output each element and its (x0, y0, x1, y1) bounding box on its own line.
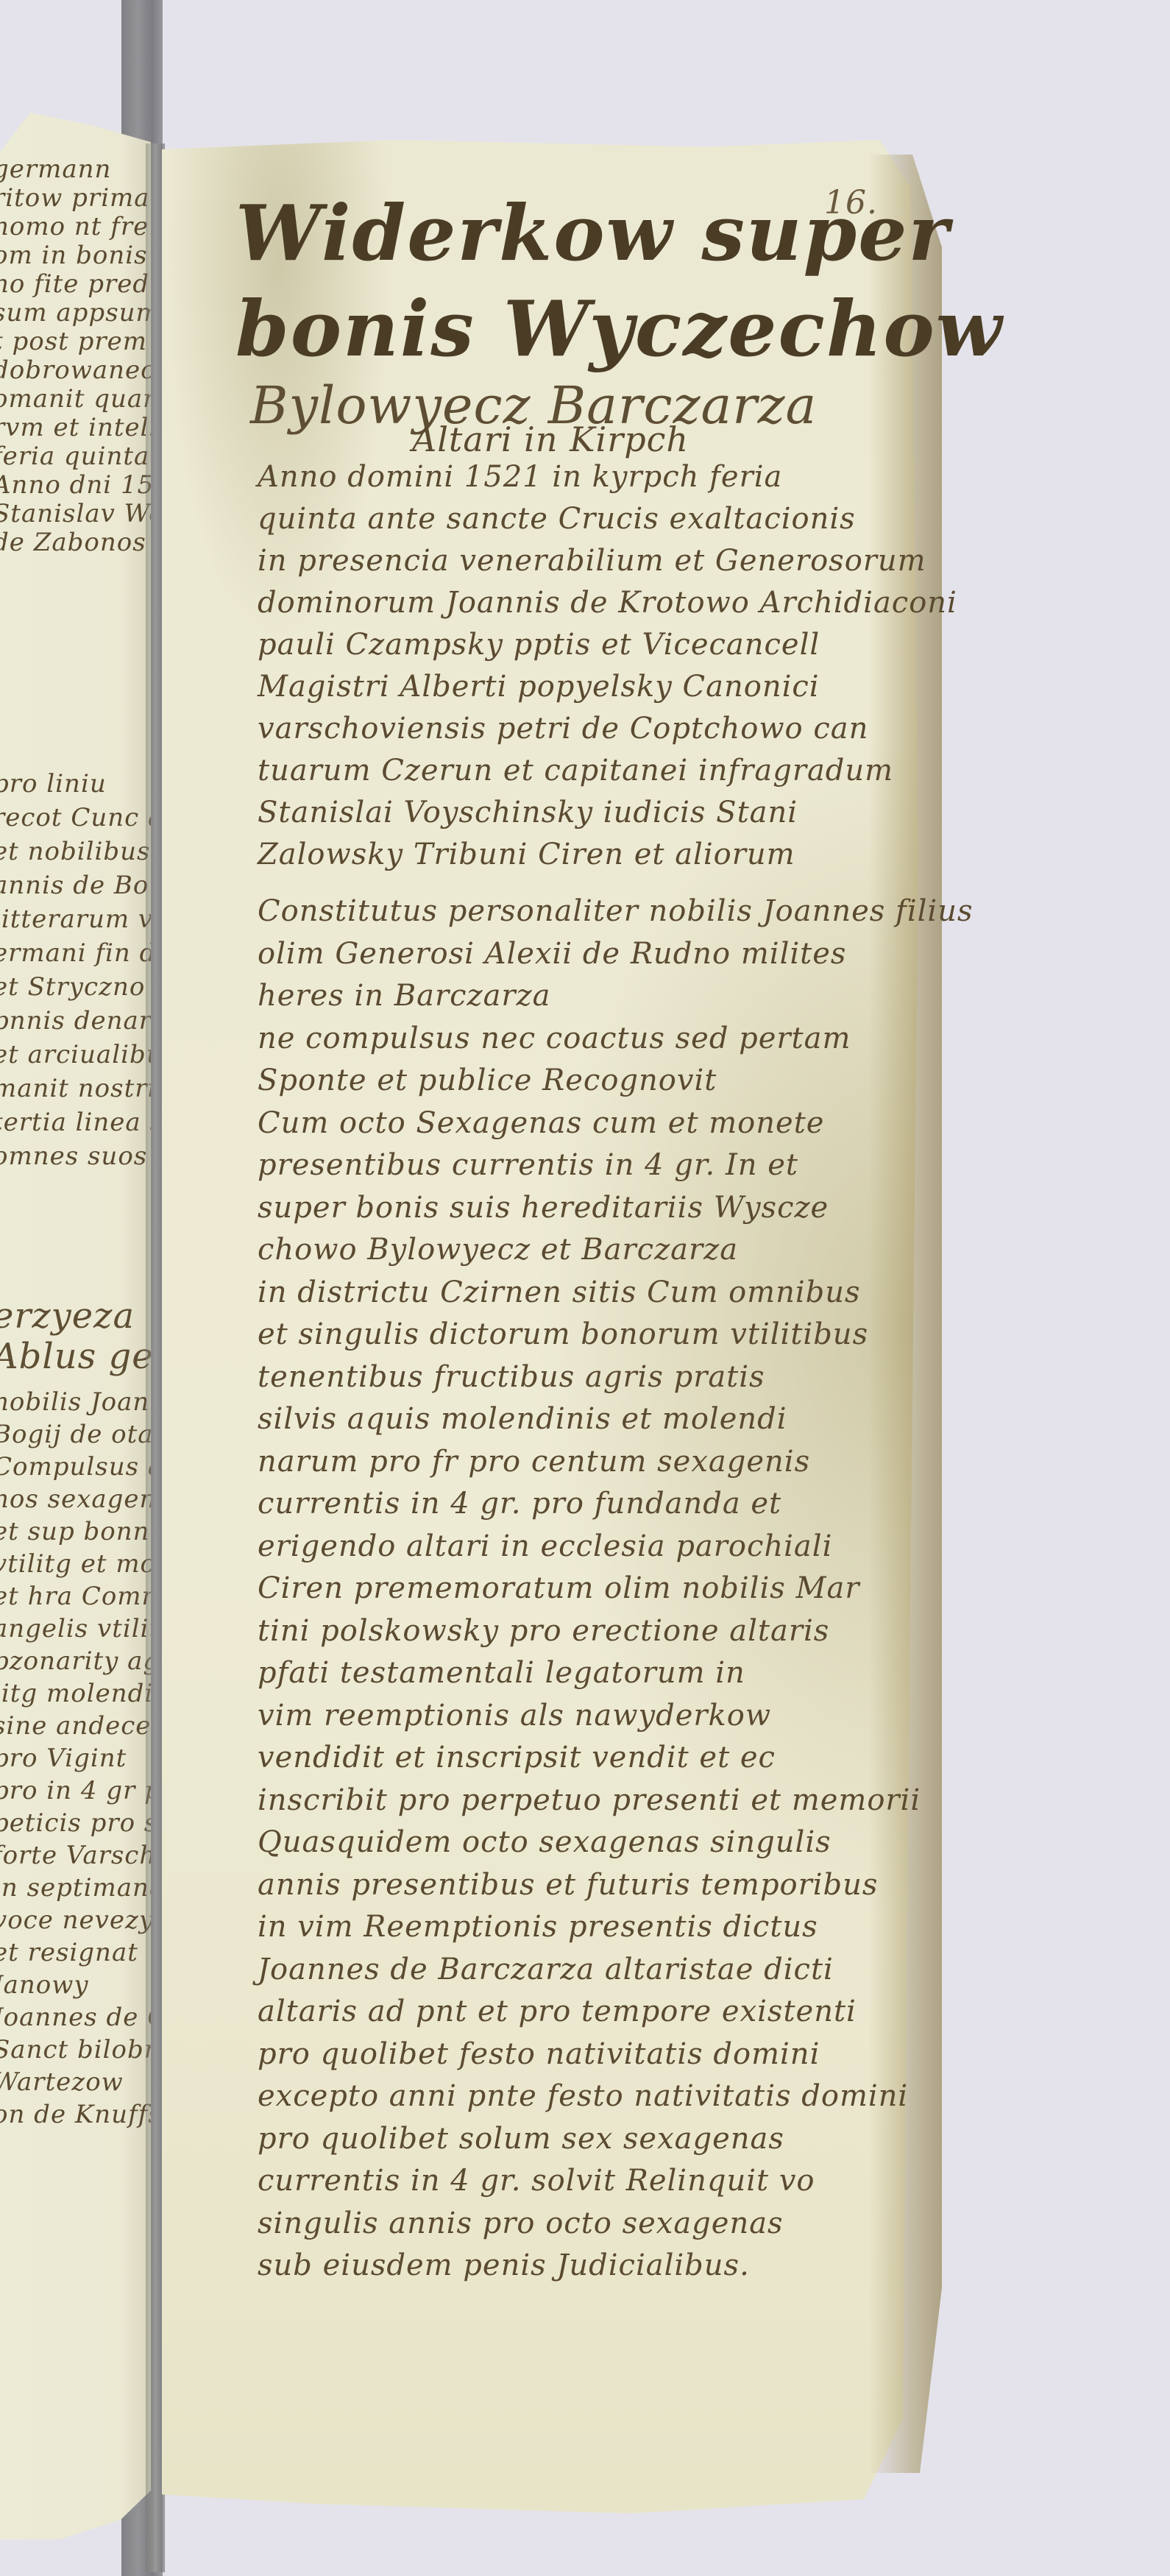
left-page-line: no fite predicti (0, 269, 151, 299)
manuscript-line: Anno domini 1521 in kyrpch feria (258, 460, 782, 494)
left-page-line: et Stryczno (0, 972, 145, 1002)
manuscript-line: singulis annis pro octo sexagenas (258, 2207, 784, 2240)
manuscript-line: tuarum Czerun et capitanei infragradum (258, 754, 893, 788)
manuscript-line: super bonis suis hereditariis Wyscze (258, 1191, 829, 1225)
left-page-line: pzonarity agre (0, 1646, 151, 1676)
manuscript-line: annis presentibus et futuris temporibus (258, 1868, 878, 1902)
manuscript-line: pfati testamentali legatorum in (258, 1656, 745, 1690)
manuscript-line: vendidit et inscripsit vendit et ec (258, 1741, 776, 1774)
left-page-line: Compulsus ad (0, 1452, 151, 1482)
manuscript-line: narum pro fr pro centum sexagenis (258, 1445, 810, 1479)
manuscript-line: vim reemptionis als nawyderkow (258, 1699, 771, 1733)
left-page-line: Joannes de Ogie (0, 2003, 151, 2032)
left-page-line: sum appsum de (0, 298, 151, 328)
manuscript-line: altaris ad pnt et pro tempore existenti (258, 1995, 857, 2028)
left-page-line: Sanct bilobrow (0, 2035, 151, 2064)
manuscript-line: Stanislai Voyschinsky iudicis Stani (258, 796, 798, 829)
left-page-line: in septimana (0, 1873, 151, 1903)
manuscript-line: pauli Czampsky pptis et Vicecancell (258, 628, 820, 662)
manuscript-line: excepto anni pnte festo nativitatis domi… (258, 2079, 908, 2113)
left-page-line: Anno dni 1520 (0, 470, 151, 500)
manuscript-line: in presencia venerabilium et Generosorum (258, 544, 926, 578)
left-page-line: et resignat (0, 1938, 138, 1967)
left-page-line: pro Vigint (0, 1744, 127, 1773)
manuscript-line: olim Generosi Alexii de Rudno milites (258, 937, 846, 971)
left-page-line: et arciualibus (0, 1040, 151, 1069)
left-page-line: pro in 4 gr pre (0, 1776, 151, 1805)
left-page-line: et hra Comm (0, 1582, 151, 1611)
left-page-line: sine andecessoril (0, 1711, 151, 1741)
manuscript-line: Zalowsky Tribuni Ciren et aliorum (258, 838, 795, 871)
manuscript-line: tenentibus fructibus agris pratis (258, 1360, 765, 1394)
manuscript-line: silvis aquis molendinis et molendi (258, 1402, 787, 1436)
left-page-line: pro liniu (0, 769, 107, 799)
left-page-line: et nobilibus Sa (0, 837, 151, 866)
manuscript-line: Cum octo Sexagenas cum et monete (258, 1106, 824, 1140)
manuscript-line: inscribit pro perpetuo presenti et memor… (258, 1783, 921, 1817)
title-line-1: Widerkow super (235, 188, 950, 278)
manuscript-line: sub eiusdem penis Judicialibus. (258, 2248, 750, 2282)
left-page-line: vtilitg et molen (0, 1549, 151, 1579)
left-page-heading: Ablus geno (0, 1336, 151, 1377)
left-page-line: et sup bonnis (0, 1517, 151, 1546)
left-page-line: ritow prima (0, 183, 150, 213)
left-page-line: forte Varschovi (0, 1841, 151, 1870)
left-page: germannritow primanomo nt frerom in boni… (0, 103, 151, 2539)
left-page-line: Stanislav Wonj (0, 499, 151, 528)
left-page-line: Janowy (0, 1970, 89, 2000)
left-page-line: annis de Borczga (0, 871, 151, 900)
left-page-heading: erzyeza (0, 1295, 135, 1337)
manuscript-line: currentis in 4 gr. pro fundanda et (258, 1487, 781, 1521)
left-page-line: t post prem (0, 327, 147, 356)
manuscript-line: heres in Barczarza (258, 979, 550, 1013)
left-page-line: voce nevezyolk (0, 1906, 151, 1935)
manuscript-line: quinta ante sancte Crucis exaltacionis (258, 502, 856, 536)
title-line-2: bonis Wyczechow (235, 283, 1003, 374)
manuscript-line: ne compulsus nec coactus sed pertam (258, 1022, 851, 1055)
manuscript-line: Magistri Alberti popyelsky Canonici (258, 670, 820, 704)
manuscript-line: erigendo altari in ecclesia parochiali (258, 1529, 832, 1563)
left-page-line: om in bonis (0, 241, 148, 270)
right-page-stained-edge (868, 155, 942, 2473)
left-page-line: omnes suos spt si (0, 1142, 151, 1171)
manuscript-line: pro quolibet festo nativitatis domini (258, 2037, 820, 2071)
manuscript-line: chowo Bylowyecz et Barczarza (258, 1233, 738, 1267)
manuscript-line: Sponte et publice Recognovit (258, 1064, 717, 1097)
left-page-line: Wartezow (0, 2067, 124, 2097)
left-page-line: manit nostri et (0, 1074, 151, 1103)
manuscript-line: Ciren prememoratum olim nobilis Mar (258, 1571, 859, 1605)
left-page-line: ermani fin de dosk (0, 938, 151, 968)
left-page-line: peticis pro strofa (0, 1808, 151, 1838)
manuscript-line: in vim Reemptionis presentis dictus (258, 1910, 818, 1944)
left-page-line: tertia linea sq (0, 1108, 151, 1137)
left-page-line: litterarum vino (0, 905, 151, 934)
manuscript-line: pro quolibet solum sex sexagenas (258, 2122, 784, 2156)
left-page-line: germann (0, 155, 111, 184)
left-page-line: Bogij de ota (0, 1420, 151, 1449)
manuscript-line: varschoviensis petri de Coptchowo can (258, 712, 868, 746)
manuscript-line: presentibus currentis in 4 gr. In et (258, 1148, 798, 1182)
subtitle-line-2: Altari in Kirpch (412, 420, 689, 459)
manuscript-line: currentis in 4 gr. solvit Relinquit vo (258, 2164, 815, 2198)
left-page-line: recot Cunc ab (0, 803, 151, 832)
left-page-line: de Zabonos (0, 528, 146, 557)
left-page-line: nobilis Joannes (0, 1387, 151, 1417)
manuscript-line: tini polskowsky pro erectione altaris (258, 1614, 829, 1648)
left-page-line: angelis vtilitate (0, 1614, 151, 1643)
manuscript-line: Constitutus personaliter nobilis Joannes… (258, 894, 974, 928)
left-page-line: rvm et intellectum (0, 413, 151, 442)
left-page-line: feria quinta (0, 442, 149, 471)
left-page-line: pnnis denarios (0, 1006, 151, 1036)
left-page-line: nos sexagenas (0, 1485, 151, 1514)
left-page-line: omanit quam (0, 384, 151, 414)
left-page-line: on de Knuffs (0, 2100, 151, 2129)
manuscript-line: dominorum Joannis de Krotowo Archidiacon… (258, 586, 957, 620)
left-page-line: litg molendini (0, 1679, 151, 1708)
manuscript-line: in districtu Czirnen sitis Cum omnibus (258, 1275, 861, 1309)
left-page-line: nomo nt frer (0, 212, 151, 241)
manuscript-line: et singulis dictorum bonorum vtilitibus (258, 1317, 868, 1351)
left-page-line: dobrowanecz de (0, 355, 151, 385)
manuscript-line: Joannes de Barczarza altaristae dicti (258, 1953, 834, 1986)
manuscript-line: Quasquidem octo sexagenas singulis (258, 1825, 832, 1859)
